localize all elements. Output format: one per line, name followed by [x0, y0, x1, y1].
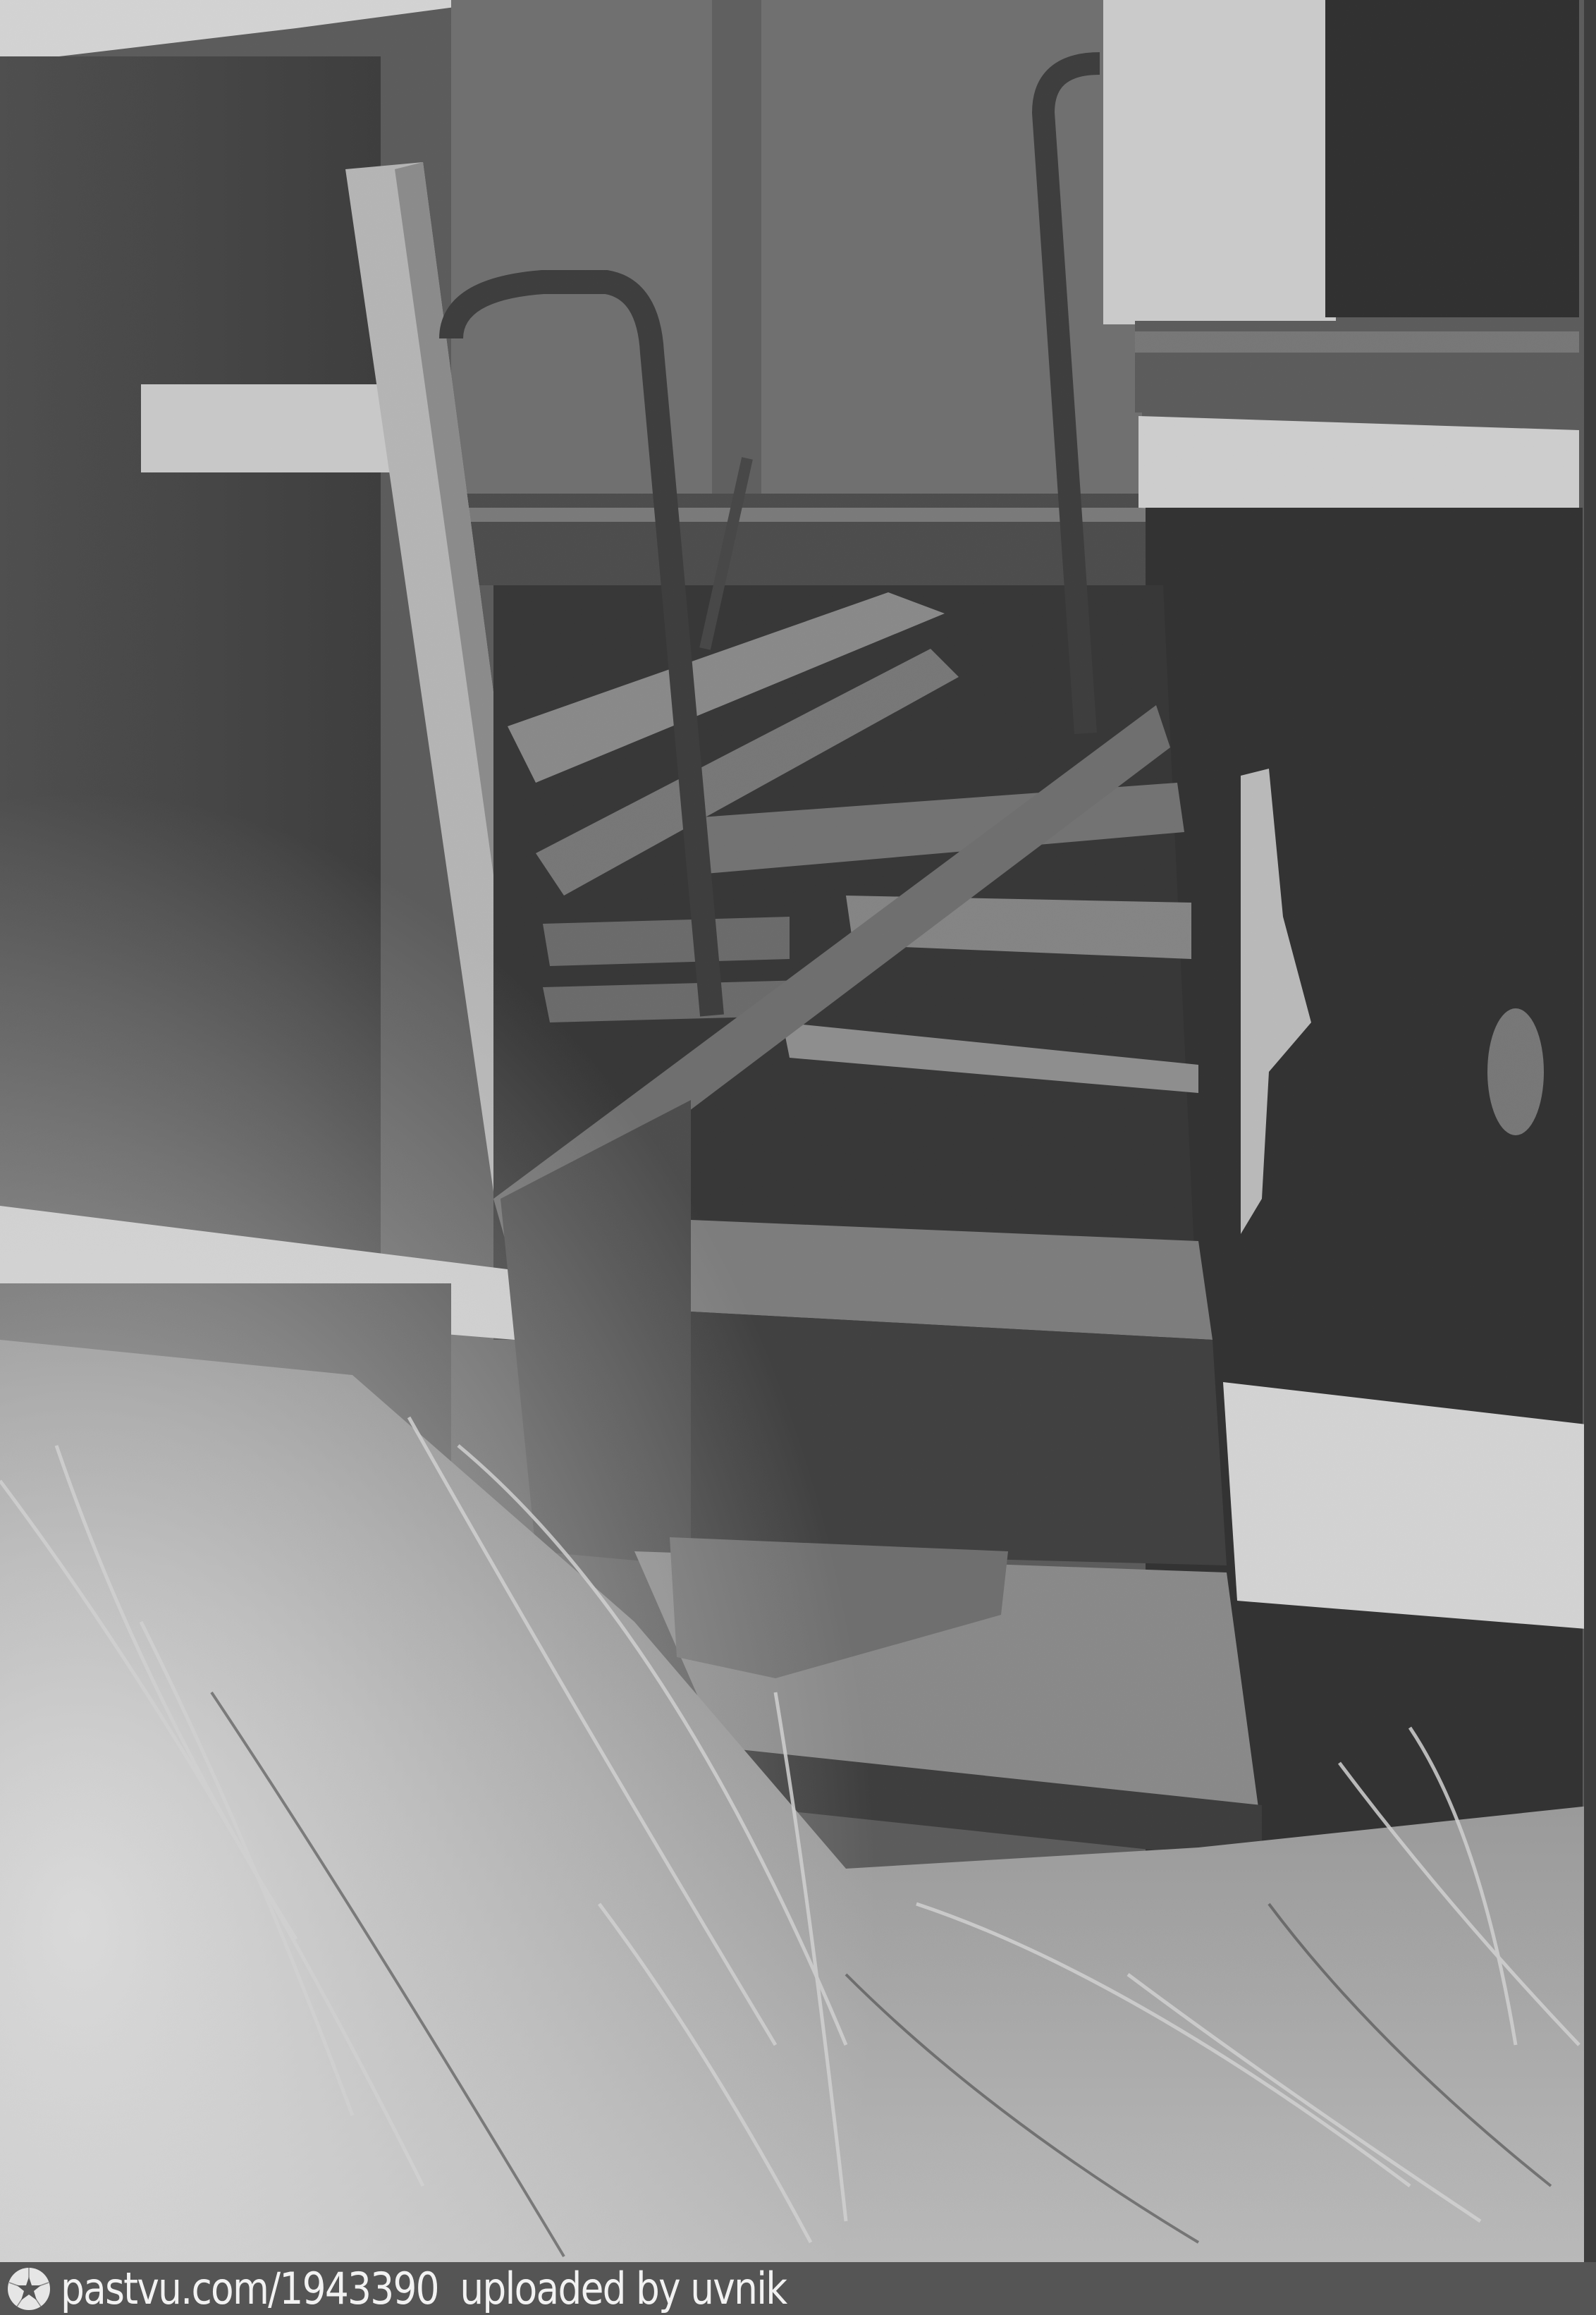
star-in-circle-icon — [7, 2267, 51, 2311]
watermark-separator — [438, 2263, 460, 2314]
photo-rendering — [0, 0, 1596, 2262]
archival-photo — [0, 0, 1596, 2262]
pastvu-link[interactable]: pastvu.com/1943390 — [61, 2263, 438, 2314]
watermark-bar: pastvu.com/1943390 uploaded by uvnik — [0, 2262, 1596, 2315]
uploader-credit: uploaded by uvnik — [460, 2263, 786, 2314]
watermark-text: pastvu.com/1943390 uploaded by uvnik — [61, 2262, 786, 2315]
